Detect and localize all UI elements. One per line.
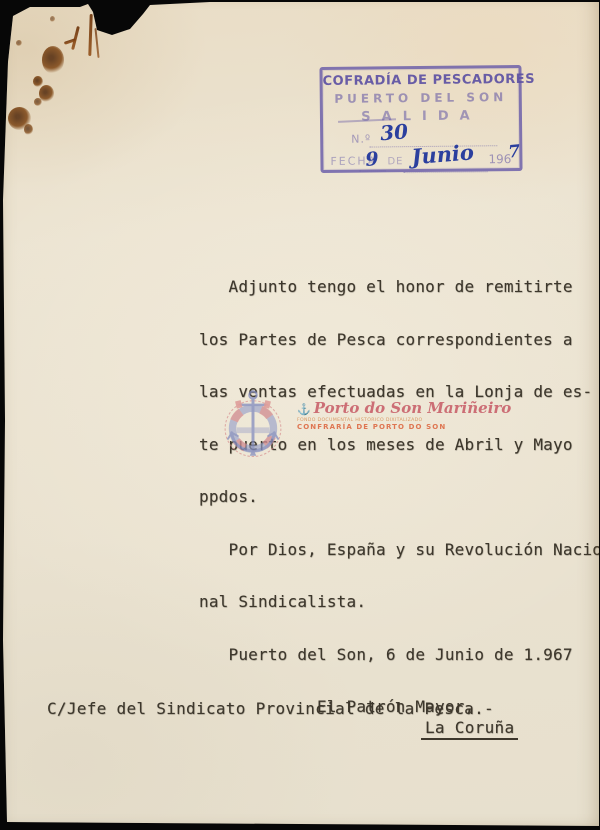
stamp-date-blank-line [360, 170, 386, 171]
body-line: los Partes de Pesca correspondientes a [199, 331, 600, 349]
watermark-organization: CONFRARÍA DE PORTO DO SON [297, 424, 522, 431]
stamp-de-label: DE [387, 156, 403, 167]
stamp-org-line2: PUERTO DEL SON [323, 90, 519, 106]
stamp-date-blank-line [404, 171, 488, 173]
stamp-org-line1: COFRADÍA DE PESCADORES [323, 72, 519, 89]
scanner-background: { "stamp": { "org_line1": "COFRADÍA DE P… [0, 0, 600, 830]
watermark-subtitle: FONDO DOCUMENTAL HISTÓRICO DIXITALIZADO [297, 418, 473, 423]
body-line: nal Sindicalista. [199, 593, 600, 611]
body-line: Por Dios, España y su Revolución Nacio- [199, 541, 600, 559]
handwritten-day: 9 [365, 148, 380, 171]
stain [42, 46, 64, 74]
small-anchor-icon: ⚓ [297, 405, 311, 416]
stamp-salida-label: SALIDA [323, 108, 519, 125]
stamp-number-label: N.º [351, 133, 371, 146]
handwritten-year-digit: 7 [507, 141, 521, 162]
footer-city-underlined: La Coruña [421, 718, 518, 740]
ink-mark [94, 28, 99, 58]
handwritten-exit-number: 30 [379, 119, 409, 145]
letter-body: Adjunto tengo el honor de remitirte los … [199, 243, 600, 751]
archive-watermark: ⚓ Porto do Son Mariñeiro FONDO DOCUMENTA… [297, 401, 522, 431]
scanned-letter-page: COFRADÍA DE PESCADORES PUERTO DEL SON SA… [0, 0, 600, 830]
anchor-lifebuoy-emblem [212, 387, 294, 467]
handwritten-month: Junio [410, 139, 474, 169]
stain [24, 124, 33, 135]
stain [50, 16, 55, 22]
footer-addressee: C/Jefe del Sindicato Provincial de la Pe… [47, 699, 494, 718]
watermark-title: Porto do Son Mariñeiro [314, 401, 512, 416]
body-line: Adjunto tengo el honor de remitirte [199, 278, 600, 296]
ink-mark [88, 14, 92, 56]
body-line: ppdos. [199, 488, 600, 506]
edge-mark [0, 28, 5, 45]
body-line: Puerto del Son, 6 de Junio de 1.967 [199, 646, 600, 664]
stain [16, 40, 22, 46]
stain [34, 98, 42, 106]
rubber-stamp: COFRADÍA DE PESCADORES PUERTO DEL SON SA… [319, 65, 522, 173]
